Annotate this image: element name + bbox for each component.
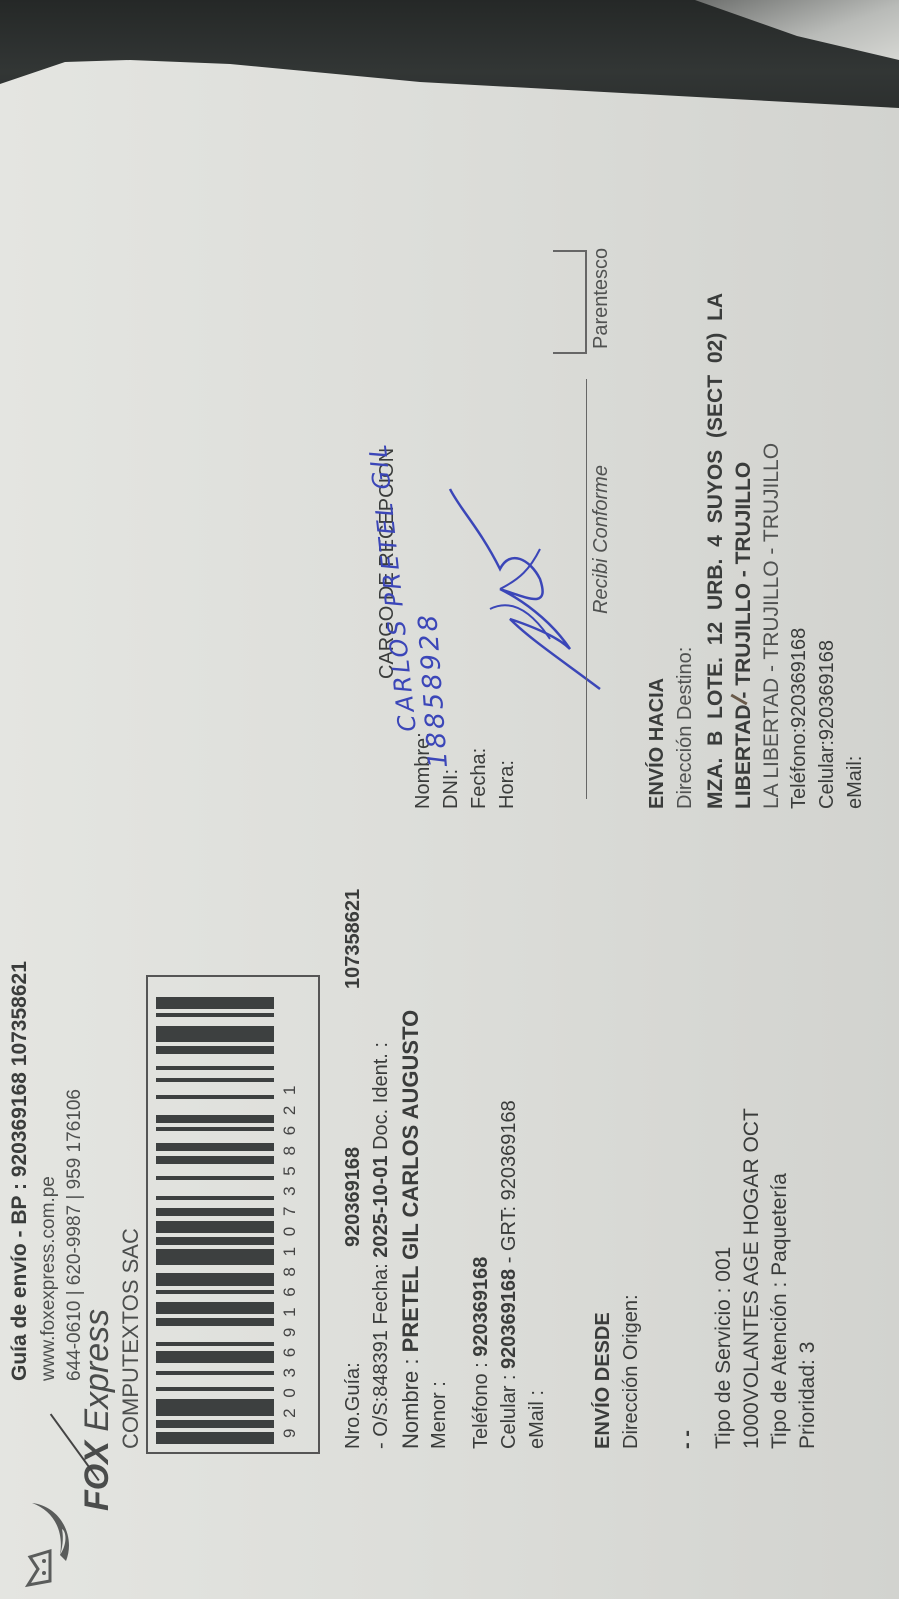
tipo-servicio: Tipo de Servicio : 001 [712, 1247, 736, 1449]
barcode-bar [156, 1302, 274, 1314]
barcode-bar [156, 1078, 274, 1082]
barcode-bar [156, 1420, 274, 1428]
direccion-destino-line2: LIBERTAD - TRUJILLO - TRUJILLO [732, 462, 756, 809]
direccion-destino-label: Dirección Destino: [674, 647, 697, 809]
barcode-bar [156, 997, 274, 1009]
nombre-value: PRETEL GIL CARLOS AUGUSTO [398, 1010, 423, 1353]
telefono-line: Teléfono : 920369168 [470, 1257, 493, 1449]
barcode [156, 989, 274, 1444]
barcode-bar [156, 1115, 274, 1123]
sender-company: COMPUTEXTOS SAC [118, 1228, 144, 1449]
barcode-bar [156, 1371, 274, 1375]
barcode-bar [156, 1196, 274, 1200]
website-link: www.foxexpress.com.pe [38, 1176, 60, 1381]
barcode-bar [156, 1342, 274, 1346]
cargo-fecha-label: Fecha: [468, 748, 491, 809]
parentesco-box [553, 250, 587, 354]
direccion-origen-label: Dirección Origen: [620, 1294, 643, 1449]
barcode-bar [156, 1095, 274, 1099]
barcode-bar [156, 1221, 274, 1233]
contact-phones: 644-0610 | 620-9987 | 959 176106 [64, 1089, 86, 1381]
barcode-bar [156, 1387, 274, 1391]
fecha-value: 2025-10-01 [370, 1155, 392, 1257]
barcode-digits: 9 2 0 3 6 9 1 6 8 1 0 7 3 5 8 6 2 1 [280, 1083, 300, 1438]
barcode-bar [156, 1249, 274, 1265]
nro-guia-value: 920369168 [342, 1147, 365, 1247]
descripcion: 1000VOLANTES AGE HOGAR OCT [740, 1108, 764, 1449]
nombre-label: Nombre : [398, 1352, 423, 1449]
barcode-bar [156, 1208, 274, 1216]
direccion-origen-value: - - [676, 1430, 699, 1449]
direccion-destino-line3: LA LIBERTAD - TRUJILLO - TRUJILLO [760, 443, 784, 809]
barcode-bar [156, 1046, 274, 1054]
barcode-bar [156, 1237, 274, 1245]
barcode-bar [156, 1013, 274, 1017]
waybill-document: FOX Express Guía de envío - BP : 9203691… [0, 0, 899, 1599]
recibi-conforme-label: Recibi Conforme [590, 465, 613, 614]
barcode-bar [156, 1432, 274, 1444]
barcode-bar [156, 1176, 274, 1180]
doc-ident-label: Doc. Ident. : [370, 1042, 392, 1155]
signature [440, 479, 610, 699]
direccion-destino-line1: MZA. B LOTE. 12 URB. 4 SUYOS (SECT 02) L… [704, 293, 728, 809]
barcode-bar [156, 1156, 274, 1164]
celular-label: Celular : [498, 1369, 520, 1449]
prioridad: Prioridad: 3 [796, 1342, 820, 1449]
menor-label: Menor : [428, 1381, 451, 1449]
celular-value: 920369168 [498, 1269, 520, 1369]
envio-desde-title: ENVÍO DESDE [592, 1312, 615, 1449]
grt-value: - GRT: 920369168 [498, 1100, 520, 1269]
barcode-bar [156, 1127, 274, 1131]
guide-title: Guía de envío - BP : 920369168 107358621 [8, 961, 32, 1381]
barcode-bar [156, 1143, 274, 1151]
destino-telefono: Teléfono:920369168 [788, 628, 811, 809]
barcode-bar [156, 1026, 274, 1042]
barcode-bar [156, 1399, 274, 1415]
barcode-bar [156, 1066, 274, 1070]
signature-line [586, 379, 587, 799]
cargo-dni-label: DNI: [440, 769, 463, 809]
nro-guia-label: Nro.Guía: [342, 1362, 365, 1449]
envio-hacia-title: ENVÍO HACIA [646, 678, 669, 809]
telefono-label: Teléfono : [470, 1357, 492, 1449]
os-fecha-label: - O/S:848391 Fecha: [370, 1258, 392, 1449]
telefono-value: 920369168 [470, 1257, 492, 1357]
nombre-line: Nombre : PRETEL GIL CARLOS AUGUSTO [398, 1010, 424, 1449]
parentesco-label: Parentesco [590, 248, 613, 349]
tipo-atencion: Tipo de Atención : Paquetería [768, 1173, 792, 1449]
guide-number: 107358621 [342, 889, 365, 989]
destino-email: eMail: [844, 756, 867, 809]
barcode-bar [156, 1290, 274, 1294]
fox-logo-icon [10, 1496, 80, 1591]
destino-celular: Celular:920369168 [816, 640, 839, 809]
cargo-nombre-handwritten: CARLOS PRETEL GIL [364, 440, 422, 733]
barcode-bar [156, 1318, 274, 1326]
celular-line: Celular : 920369168 - GRT: 920369168 [498, 1100, 521, 1449]
email-label: eMail : [526, 1390, 549, 1449]
cargo-hora-label: Hora: [496, 760, 519, 809]
barcode-bar [156, 1273, 274, 1285]
os-line: - O/S:848391 Fecha: 2025-10-01 Doc. Iden… [370, 1042, 393, 1449]
barcode-bar [156, 1351, 274, 1363]
barcode-box: 9 2 0 3 6 9 1 6 8 1 0 7 3 5 8 6 2 1 [146, 975, 320, 1454]
